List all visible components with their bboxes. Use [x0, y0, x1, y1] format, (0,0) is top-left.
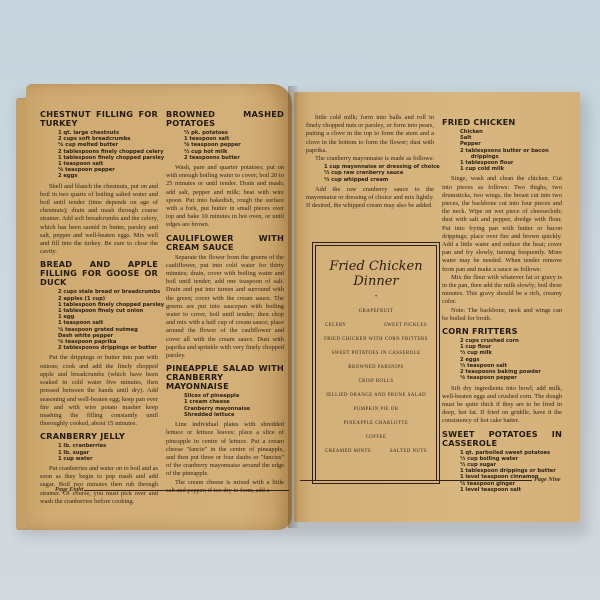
ingredient-item: 2 tablespoons butter or bacon: [460, 148, 562, 154]
menu-item: JELLIED ORANGE AND PRUNE SALAD: [317, 393, 435, 398]
menu-item-pair: CREAMED MINTSSALTED NUTS: [317, 449, 435, 454]
recipe-section: BREAD AND APPLE FILLING FOR GOOSE OR DUC…: [40, 260, 158, 428]
recipe-instructions: Separate the flower from the greens of t…: [166, 254, 284, 361]
menu-item-pair: CELERYSWEET PICKLES: [317, 323, 435, 328]
recipe-instructions: The cranberry mayonnaise is made as foll…: [306, 155, 434, 163]
recipe-instructions: Mix the flour with whatever fat or gravy…: [442, 274, 562, 307]
recipe-instructions: Note: The backbone, neck and wings can b…: [442, 307, 562, 323]
recipe-title: CAULIFLOWER WITH CREAM SAUCE: [166, 234, 284, 252]
ingredient-list: 1 qt. parboiled sweet potatoes½ cup boil…: [460, 450, 562, 493]
recipe-instructions: Singe, wash and clean the chicken. Cut i…: [442, 175, 562, 273]
ingredient-item: 1 qt. parboiled sweet potatoes: [460, 450, 562, 456]
recipe-section: BROWNED MASHED POTATOES½ pk. potatoes1 t…: [166, 110, 284, 230]
menu-item-right: SWEET PICKLES: [384, 323, 427, 328]
menu-item: COFFEE: [317, 435, 435, 440]
menu-item: PUMPKIN PIE OR: [317, 407, 435, 412]
recipe-section: FRIED CHICKENChickenSaltPepper2 tablespo…: [442, 118, 562, 323]
recipe-title: BROWNED MASHED POTATOES: [166, 110, 284, 128]
footer-rule-right: [300, 480, 532, 481]
menu-item-left: CELERY: [325, 323, 346, 328]
recipe-section: PINEAPPLE SALAD WITH CRANBERRY MAYONNAIS…: [166, 364, 284, 495]
recipe-title: BREAD AND APPLE FILLING FOR GOOSE OR DUC…: [40, 260, 158, 287]
recipe-section: CORN FRITTERS2 cups crushed corn1 cup fl…: [442, 327, 562, 425]
menu-box: Fried Chicken Dinner • GRAPEFRUITCELERYS…: [312, 242, 440, 484]
recipe-section: CRANBERRY JELLY1 lb. cranberries1 lb. su…: [40, 432, 158, 506]
recipe-instructions: Sift dry ingredients into bowl; add milk…: [442, 385, 562, 426]
menu-title: Fried Chicken Dinner: [313, 259, 439, 289]
footer-rule-left: [84, 490, 289, 491]
recipe-title: CORN FRITTERS: [442, 327, 562, 336]
recipe-instructions: Add the raw cranberry sauce to the mayon…: [306, 186, 434, 211]
open-recipe-booklet: CHESTNUT FILLING FOR TURKEY1 qt. large c…: [0, 0, 600, 600]
menu-item: SWEET POTATOES IN CASSEROLE: [317, 351, 435, 356]
recipe-instructions: little cold milk; form into balls and ro…: [306, 114, 434, 155]
ingredient-list: Slices of pineapple1 cream cheeseCranber…: [184, 393, 284, 418]
menu-item: BROWNED PARSNIPS: [317, 365, 435, 370]
ingredient-list: 1 cup mayonnaise or dressing of choice½ …: [324, 164, 434, 183]
menu-item: PINEAPPLE CHARLOTTE: [317, 421, 435, 426]
menu-title-line-2: Dinner: [313, 274, 439, 289]
menu-item-left: CREAMED MINTS: [325, 449, 371, 454]
ingredient-item: Shredded lettuce: [184, 412, 284, 418]
left-page-column-2: BROWNED MASHED POTATOES½ pk. potatoes1 t…: [166, 106, 284, 495]
recipe-instructions: Wash, pare and quarter potatoes; put on …: [166, 164, 284, 230]
ingredient-list: 2 cups stale bread or breadcrumbs2 apple…: [58, 289, 158, 351]
recipe-section: SWEET POTATOES IN CASSEROLE1 qt. parboil…: [442, 430, 562, 493]
ingredient-item: 2 teaspoons butter: [184, 155, 284, 161]
menu-items: GRAPEFRUITCELERYSWEET PICKLESFRIED CHICK…: [313, 309, 439, 454]
ingredient-item: 1 cup water: [58, 456, 158, 462]
recipe-instructions: Put the drippings or butter into pan wit…: [40, 354, 158, 428]
menu-item: FRIED CHICKEN WITH CORN FRITTERS: [317, 337, 435, 342]
recipe-instructions: Line individual plates with shredded let…: [166, 421, 284, 478]
menu-item: CRISP ROLLS: [317, 379, 435, 384]
recipe-section: CAULIFLOWER WITH CREAM SAUCESeparate the…: [166, 234, 284, 361]
right-page-column-2: FRIED CHICKENChickenSaltPepper2 tablespo…: [442, 114, 562, 496]
ingredient-item: 2 tablespoons drippings or butter: [58, 345, 158, 351]
page-number-right: Page Nine: [534, 476, 561, 483]
ingredient-list: ChickenSaltPepper2 tablespoons butter or…: [460, 129, 562, 172]
recipe-title: PINEAPPLE SALAD WITH CRANBERRY MAYONNAIS…: [166, 364, 284, 391]
recipe-instructions: Shell and blanch the chestnuts, put on a…: [40, 183, 158, 257]
menu-bullet: •: [313, 294, 439, 300]
recipe-title: SWEET POTATOES IN CASSEROLE: [442, 430, 562, 448]
menu-item: GRAPEFRUIT: [317, 309, 435, 314]
ingredient-item: 2 eggs: [58, 173, 158, 179]
right-page-column-1: little cold milk; form into balls and ro…: [306, 114, 434, 210]
ingredient-list: 1 qt. large chestnuts2 cups soft breadcr…: [58, 130, 158, 180]
recipe-instructions: The cream cheese is mixed with a little …: [166, 479, 284, 495]
ingredient-item: 2 cups stale bread or breadcrumbs: [58, 289, 158, 295]
recipe-section: CHESTNUT FILLING FOR TURKEY1 qt. large c…: [40, 110, 158, 256]
left-page-column-1: CHESTNUT FILLING FOR TURKEY1 qt. large c…: [40, 106, 158, 506]
ingredient-item: ⅛ teaspoon pepper: [460, 375, 562, 381]
ingredient-item: 1 level teaspoon salt: [460, 487, 562, 493]
recipe-title: CHESTNUT FILLING FOR TURKEY: [40, 110, 158, 128]
recipe-title: FRIED CHICKEN: [442, 118, 562, 127]
menu-item-right: SALTED NUTS: [390, 449, 427, 454]
ingredient-item: ½ cup whipped cream: [324, 177, 434, 183]
menu-title-line-1: Fried Chicken: [313, 259, 439, 274]
page-number-left: Page Eight: [55, 486, 83, 493]
recipe-title: CRANBERRY JELLY: [40, 432, 158, 441]
book-gutter: [288, 86, 298, 528]
ingredient-list: ½ pk. potatoes1 teaspoon salt⅛ teaspoon …: [184, 130, 284, 161]
ingredient-list: 2 cups crushed corn1 cup flour½ cup milk…: [460, 338, 562, 381]
ingredient-list: 1 lb. cranberries1 lb. sugar1 cup water: [58, 443, 158, 462]
ingredient-item: 2 tablespoons finely chopped celery: [58, 149, 158, 155]
ingredient-item: 1 cup cold milk: [460, 166, 562, 172]
